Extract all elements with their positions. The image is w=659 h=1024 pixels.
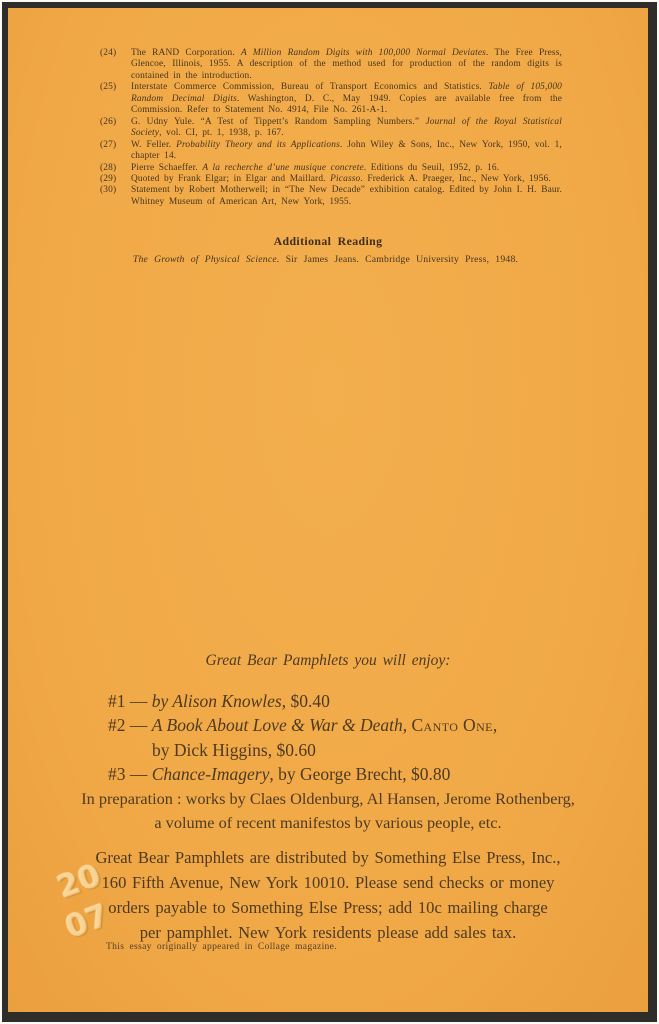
reference-number: (24) xyxy=(100,48,116,59)
reference-item: (26)G. Udny Yule. “A Test of Tippett’s R… xyxy=(100,117,562,140)
reference-item: (27)W. Feller. Probability Theory and it… xyxy=(100,140,562,163)
reference-number: (30) xyxy=(100,185,116,196)
in-preparation-text: In preparation : works by Claes Oldenbur… xyxy=(63,787,593,835)
pamphlets-list: #1 — by Alison Knowles, $0.40#2 — A Book… xyxy=(108,689,586,787)
reference-text: Quoted by Frank Elgar; in Elgar and Mail… xyxy=(131,174,551,184)
reference-item: (28)Pierre Schaeffer. A la recherche d’u… xyxy=(100,163,562,174)
pamphlet-item: #1 — by Alison Knowles, $0.40 xyxy=(108,689,586,713)
reference-text: G. Udny Yule. “A Test of Tippett’s Rando… xyxy=(131,117,562,138)
reference-text: Interstate Commerce Commission, Bureau o… xyxy=(131,82,562,115)
footnote-text: This essay originally appeared in Collag… xyxy=(106,941,337,952)
pamphlet-item: #3 — Chance-Imagery, by George Brecht, $… xyxy=(108,762,586,786)
reference-item: (25)Interstate Commerce Commission, Bure… xyxy=(100,82,562,116)
additional-reading-heading: Additional Reading xyxy=(8,234,648,249)
paper: (24)The RAND Corporation. A Million Rand… xyxy=(8,8,648,1012)
reference-text: W. Feller. Probability Theory and its Ap… xyxy=(131,140,562,161)
reference-item: (30)Statement by Robert Motherwell; in “… xyxy=(100,185,562,208)
reference-number: (25) xyxy=(100,82,116,93)
distribution-text: Great Bear Pamphlets are distributed by … xyxy=(46,845,610,945)
pamphlet-item: #2 — A Book About Love & War & Death, Ca… xyxy=(108,713,586,762)
additional-reading-entry: The Growth of Physical Science. Sir Jame… xyxy=(98,254,553,265)
reference-number: (29) xyxy=(100,174,116,185)
reference-number: (28) xyxy=(100,163,116,174)
pamphlets-heading: Great Bear Pamphlets you will enjoy: xyxy=(8,652,648,670)
reference-item: (24)The RAND Corporation. A Million Rand… xyxy=(100,48,562,82)
reference-text: Statement by Robert Motherwell; in “The … xyxy=(131,185,562,206)
reference-number: (26) xyxy=(100,117,116,128)
scanned-page: (24)The RAND Corporation. A Million Rand… xyxy=(2,2,657,1022)
reference-item: (29)Quoted by Frank Elgar; in Elgar and … xyxy=(100,174,562,185)
references-list: (24)The RAND Corporation. A Million Rand… xyxy=(100,48,562,208)
reference-text: Pierre Schaeffer. A la recherche d’une m… xyxy=(131,163,499,173)
reference-text: The RAND Corporation. A Million Random D… xyxy=(131,48,562,81)
reference-number: (27) xyxy=(100,140,116,151)
scan-frame: (24)The RAND Corporation. A Million Rand… xyxy=(0,0,659,1024)
